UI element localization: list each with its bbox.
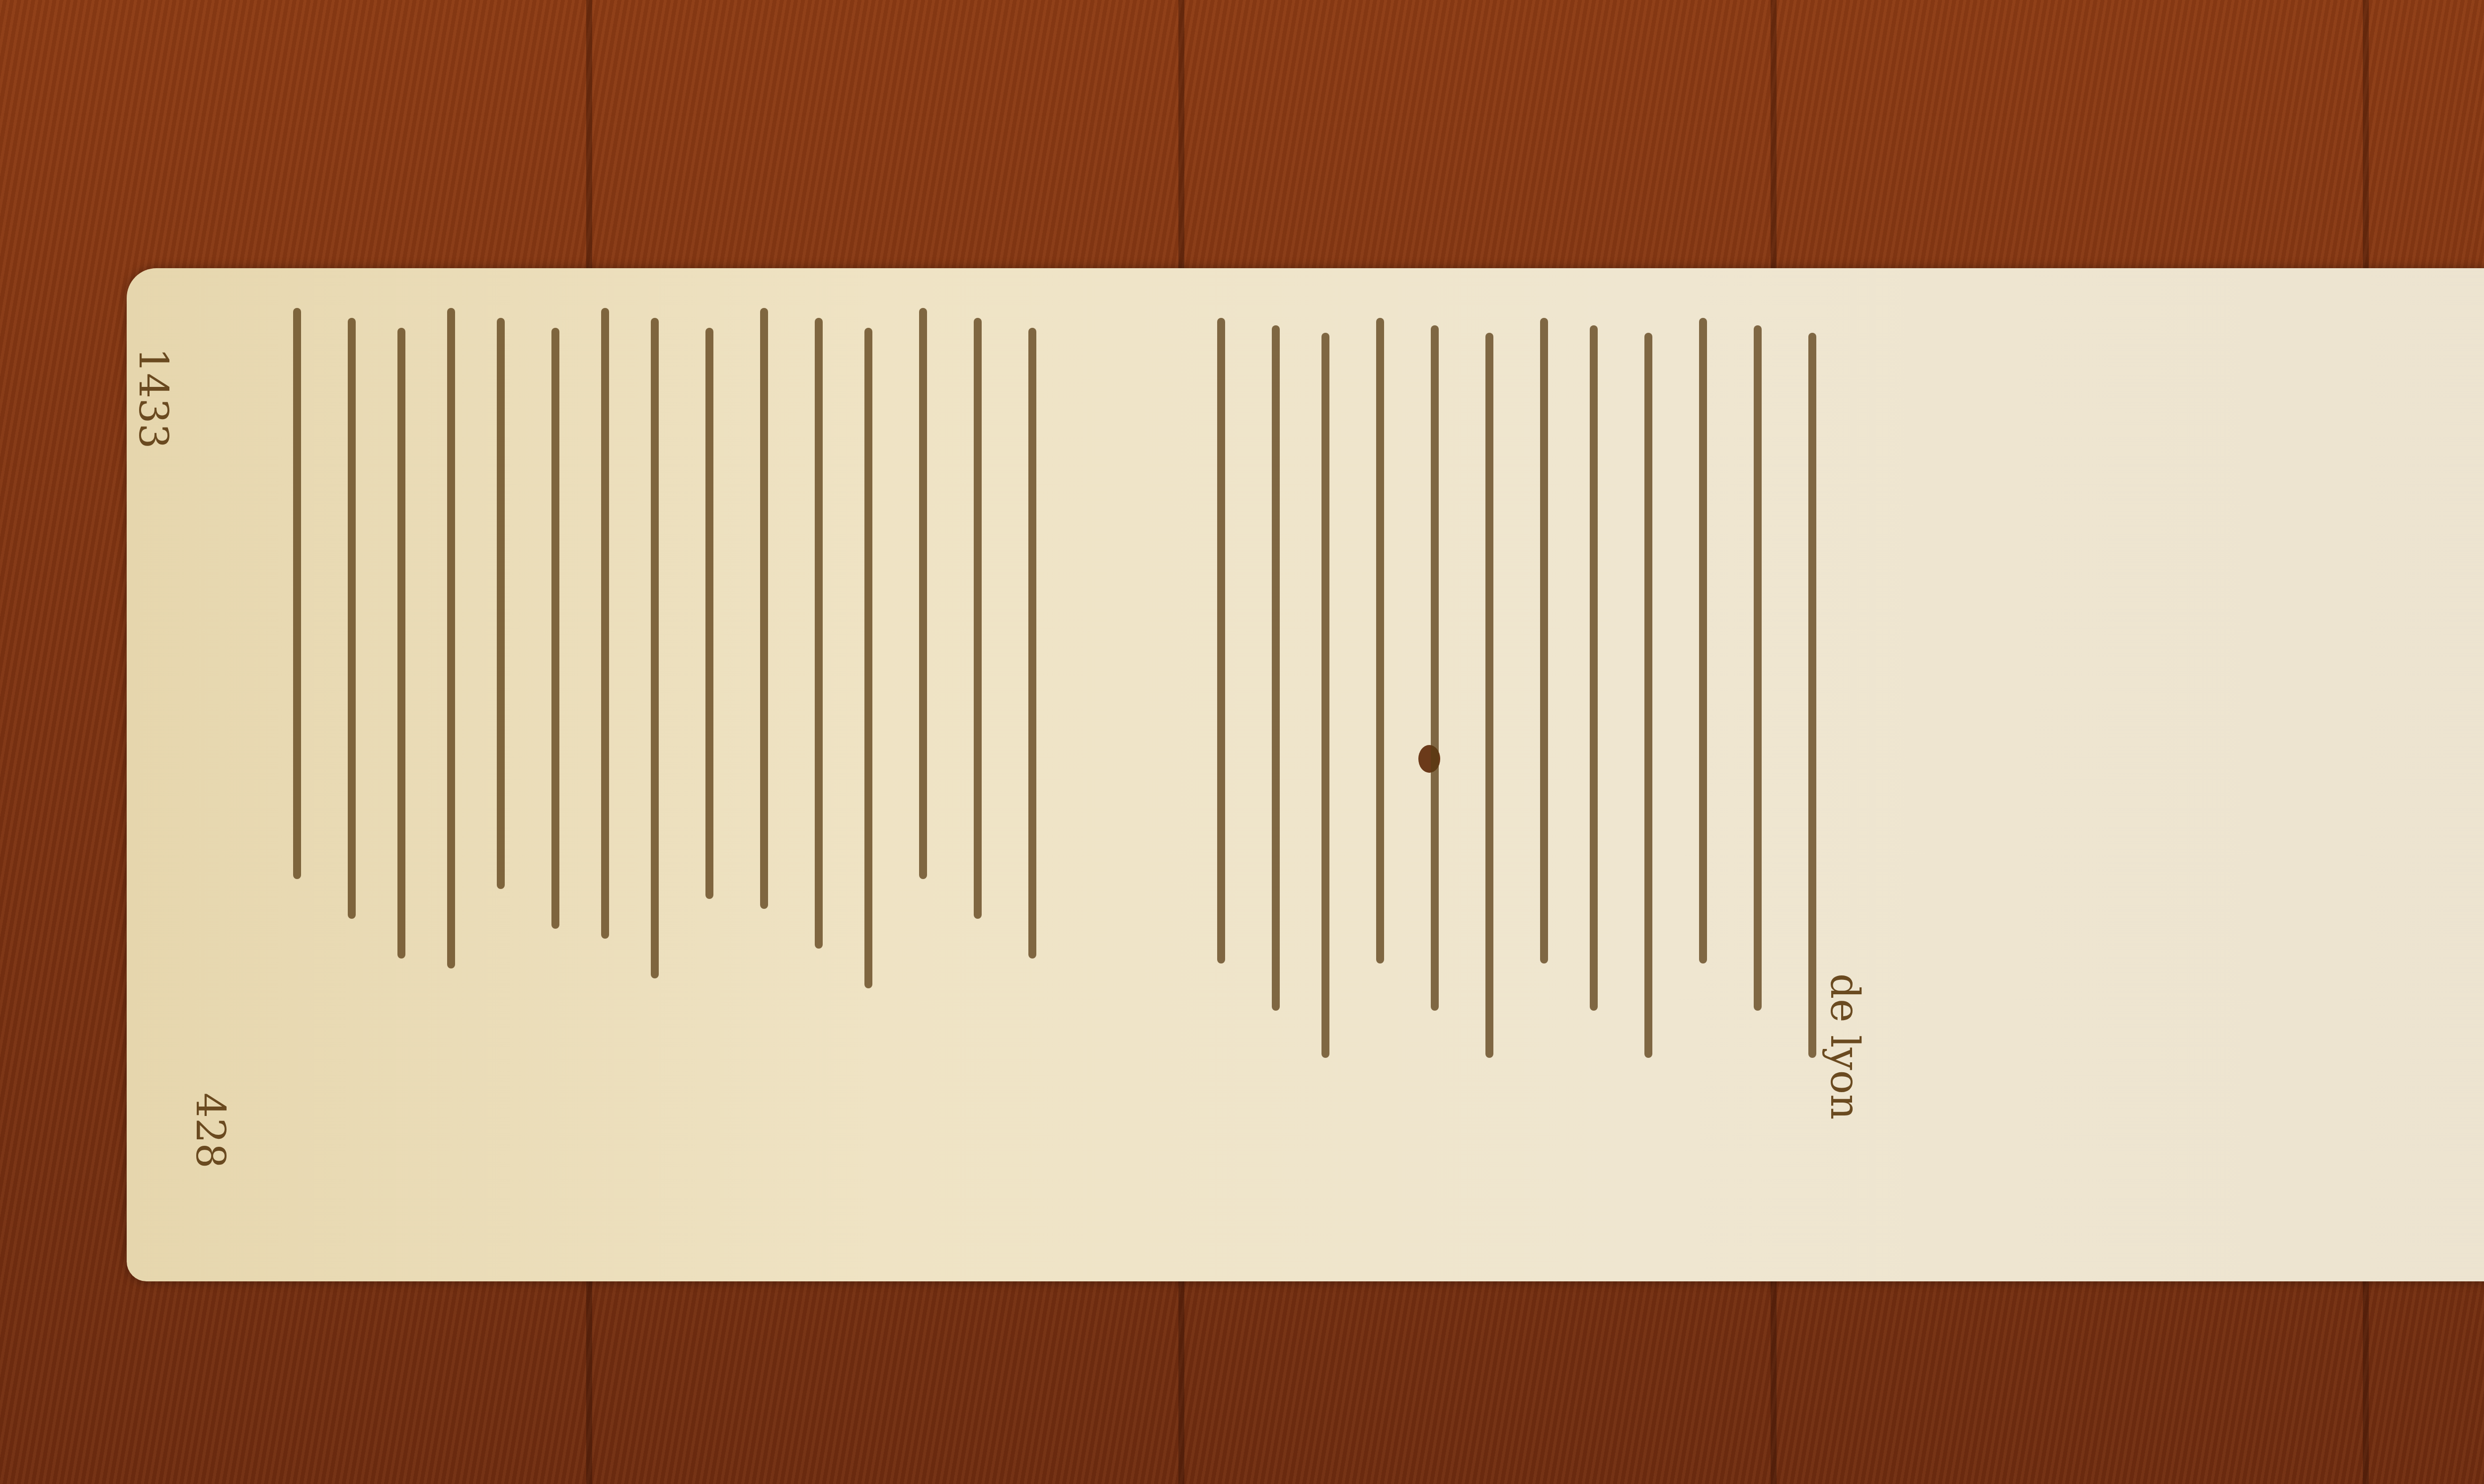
ink-line xyxy=(1644,333,1652,1058)
ink-line xyxy=(1217,318,1225,964)
ink-line xyxy=(1272,325,1280,1011)
ink-line xyxy=(1590,325,1598,1011)
marginal-number: 428 xyxy=(187,1093,233,1169)
ink-line xyxy=(1699,318,1707,964)
ink-line xyxy=(1808,333,1816,1058)
ink-line xyxy=(919,308,927,879)
ink-line xyxy=(1321,333,1329,1058)
ink-line xyxy=(1376,318,1384,964)
ink-line xyxy=(1028,328,1036,959)
ink-line xyxy=(1754,325,1762,1011)
ink-line xyxy=(447,308,455,968)
folio-number: 1433 xyxy=(130,348,176,449)
ink-line xyxy=(651,318,659,978)
ink-line xyxy=(815,318,823,949)
ink-line xyxy=(760,308,768,909)
ink-line xyxy=(1431,325,1439,1011)
ink-line xyxy=(293,308,301,879)
ink-line xyxy=(601,308,609,939)
ink-line xyxy=(705,328,713,899)
manuscript-page xyxy=(127,268,2484,1281)
ink-line xyxy=(497,318,505,889)
ink-line xyxy=(864,328,872,988)
ink-line xyxy=(1485,333,1493,1058)
ink-line xyxy=(974,318,982,919)
ink-line xyxy=(348,318,356,919)
ink-line xyxy=(1540,318,1548,964)
ink-line xyxy=(397,328,405,959)
closing-phrase: de lyon xyxy=(1822,973,1868,1119)
ink-line xyxy=(551,328,559,929)
